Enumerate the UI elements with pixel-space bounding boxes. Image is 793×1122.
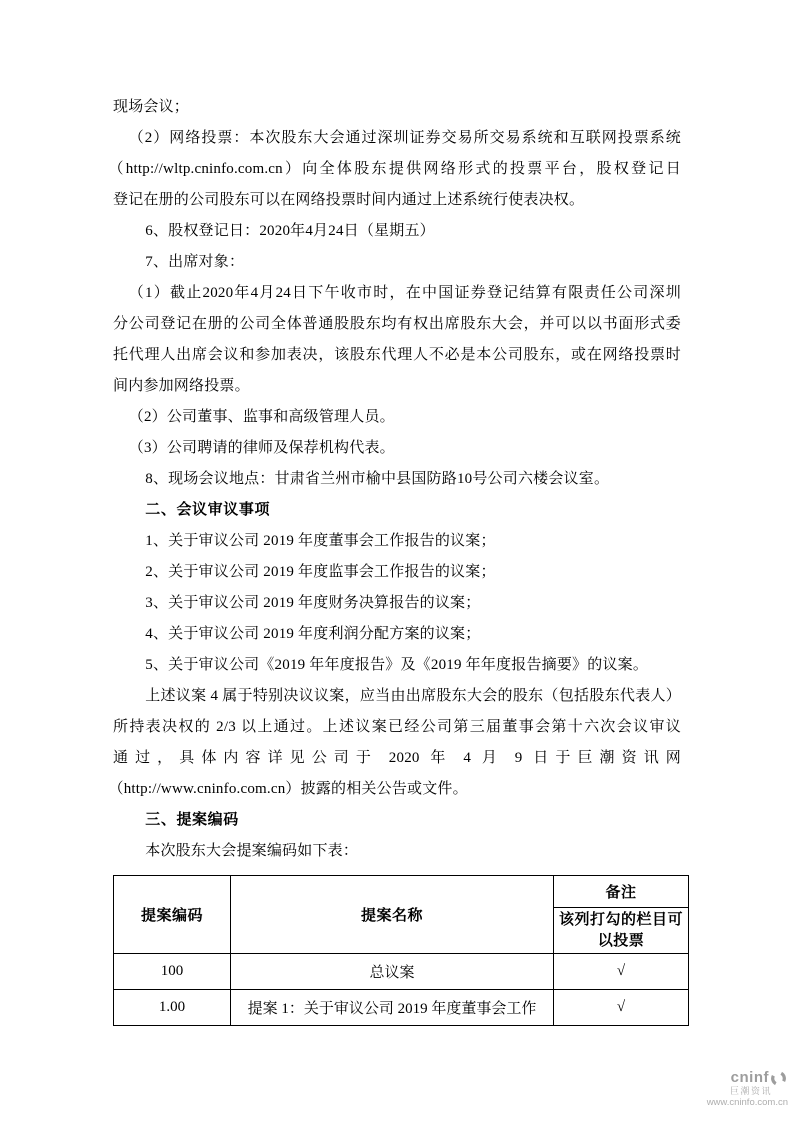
text-line: （2）网络投票：本次股东大会通过深圳证券交易所交易系统和互联网投票系统 [113,123,681,154]
text-line: （3）公司聘请的律师及保荐机构代表。 [113,433,681,464]
proposal-code-table: 提案编码 提案名称 备注 该列打勾的栏目可以投票 100 总议案 √ 1.00 … [113,875,689,1026]
table-row: 1.00 提案 1：关于审议公司 2019 年度董事会工作 √ [114,990,689,1026]
text-line: 所持表决权的 2/3 以上通过。上述议案已经公司第三届董事会第十六次会议审议 [113,712,681,743]
text-line: 本次股东大会提案编码如下表： [113,836,681,867]
document-content: 现场会议； （2）网络投票：本次股东大会通过深圳证券交易所交易系统和互联网投票系… [113,92,681,1026]
cell-vote-checkmark: √ [554,990,689,1026]
text-line: 1、关于审议公司 2019 年度董事会工作报告的议案； [113,526,681,557]
cell-proposal-code: 1.00 [114,990,231,1026]
cninfo-logo-top: cninf [707,1070,790,1087]
cninfo-swirl-icon [770,1070,787,1087]
text-line: 8、现场会议地点：甘肃省兰州市榆中县国防路10号公司六楼会议室。 [113,464,681,495]
cell-vote-checkmark: √ [554,954,689,990]
text-line: 2、关于审议公司 2019 年度监事会工作报告的议案； [113,557,681,588]
cninfo-url: www.cninfo.com.cn [707,1098,790,1108]
table-header-remark-sub: 该列打勾的栏目可以投票 [554,908,689,954]
cell-proposal-name: 总议案 [231,954,554,990]
text-line: 登记在册的公司股东可以在网络投票时间内通过上述系统行使表决权。 [113,185,681,216]
text-line-url: （http://www.cninfo.com.cn）披露的相关公告或文件。 [113,774,681,805]
cninfo-cn-name: 巨潮资讯 [707,1087,772,1097]
text-line: 5、关于审议公司《2019 年年度报告》及《2019 年年度报告摘要》的议案。 [113,650,681,681]
text-line: 现场会议； [113,92,681,123]
cninfo-brand-text: cninf [731,1070,769,1087]
cell-proposal-name: 提案 1：关于审议公司 2019 年度董事会工作 [231,990,554,1026]
text-line: 上述议案 4 属于特别决议议案，应当由出席股东大会的股东（包括股东代表人） [113,681,681,712]
text-line: 7、出席对象： [113,247,681,278]
cell-proposal-code: 100 [114,954,231,990]
text-line: 4、关于审议公司 2019 年度利润分配方案的议案； [113,619,681,650]
text-line: 分公司登记在册的公司全体普通股股东均有权出席股东大会，并可以以书面形式委 [113,309,681,340]
text-line: 间内参加网络投票。 [113,371,681,402]
section-heading-review-items: 二、会议审议事项 [113,495,681,526]
table-header-proposal-name: 提案名称 [231,876,554,954]
table-header-proposal-code: 提案编码 [114,876,231,954]
document-page: 现场会议； （2）网络投票：本次股东大会通过深圳证券交易所交易系统和互联网投票系… [0,0,793,1122]
cninfo-logo: cninf 巨潮资讯 www.cninfo.com.cn [707,1070,790,1108]
text-line: 3、关于审议公司 2019 年度财务决算报告的议案； [113,588,681,619]
text-line: （1）截止2020年4月24日下午收市时，在中国证券登记结算有限责任公司深圳 [113,278,681,309]
section-heading-proposal-codes: 三、提案编码 [113,805,681,836]
table-row: 100 总议案 √ [114,954,689,990]
text-line: 托代理人出席会议和参加表决，该股东代理人不必是本公司股东，或在网络投票时 [113,340,681,371]
text-line: 6、股权登记日：2020年4月24日（星期五） [113,216,681,247]
table-header-remark: 备注 [554,876,689,908]
text-line-justified: 通过，具体内容详见公司于 2020 年 4 月 9 日于巨潮资讯网 [113,743,681,774]
text-line-url: （http://wltp.cninfo.com.cn）向全体股东提供网络形式的投… [113,154,681,185]
text-line: （2）公司董事、监事和高级管理人员。 [113,402,681,433]
